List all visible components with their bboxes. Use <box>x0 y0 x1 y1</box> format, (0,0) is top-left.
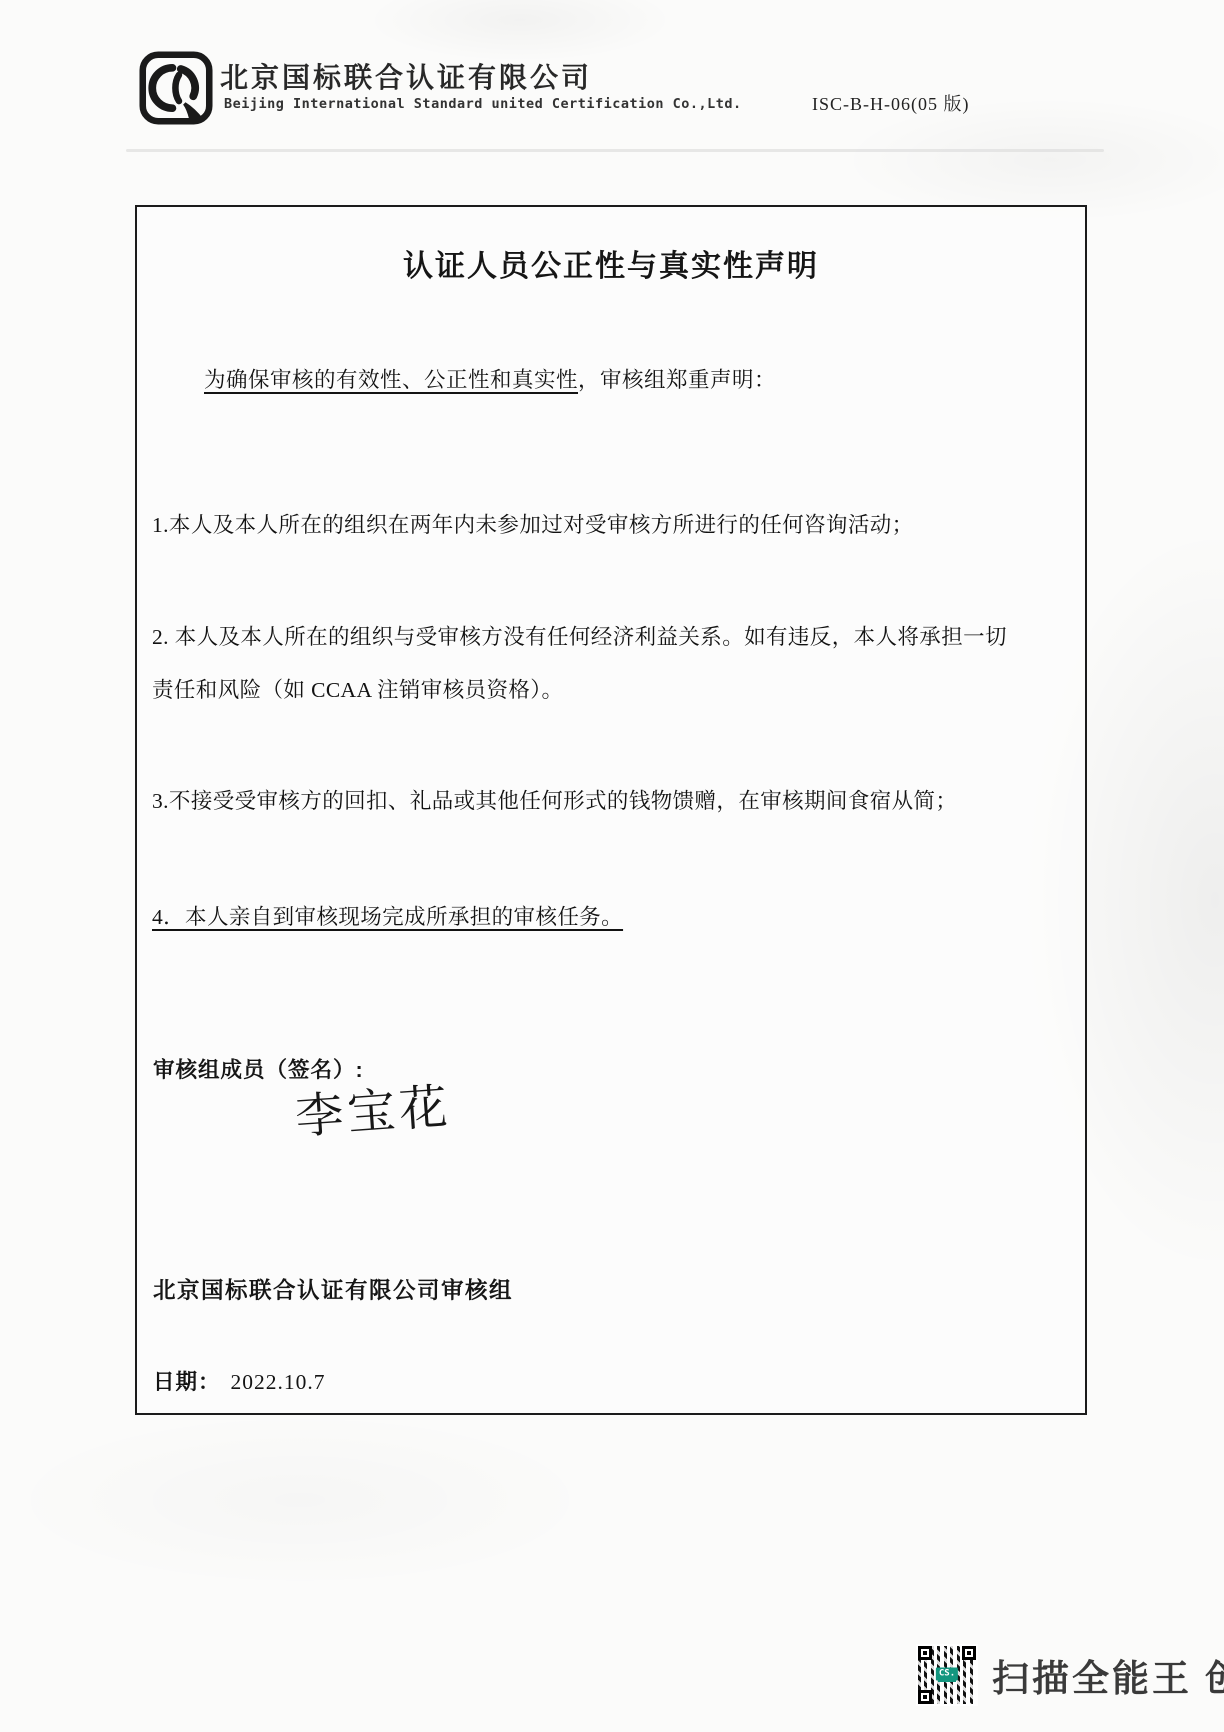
camscanner-watermark: CS. 扫描全能王 创建 <box>918 1646 1224 1704</box>
declaration-item-3: 3.不接受受审核方的回扣、礼品或其他任何形式的钱物馈赠，在审核期间食宿从简； <box>152 775 1010 828</box>
declaration-box: 认证人员公正性与真实性声明 为确保审核的有效性、公正性和真实性，审核组郑重声明：… <box>135 205 1087 1415</box>
qr-code-icon: CS. <box>918 1646 976 1704</box>
date-line: 日期：2022.10.7 <box>153 1365 326 1396</box>
qr-finder-topright-icon <box>962 1646 976 1660</box>
declaration-item-1: 1.本人及本人所在的组织在两年内未参加过对受审核方所进行的任何咨询活动； <box>152 499 1010 552</box>
date-value: 2022.10.7 <box>231 1370 326 1394</box>
camscanner-badge-underline <box>938 1679 956 1682</box>
company-name-english: Beijing International Standard united Ce… <box>224 96 742 112</box>
declaration-item-4-text: 4．本人亲自到审核现场完成所承担的审核任务。 <box>152 905 623 929</box>
company-name-chinese: 北京国标联合认证有限公司 <box>220 56 592 96</box>
declaration-intro: 为确保审核的有效性、公正性和真实性，审核组郑重声明： <box>161 363 1061 394</box>
camscanner-created-text: 扫描全能王 创建 <box>992 1648 1224 1702</box>
intro-rest-text: ，审核组郑重声明： <box>578 368 776 392</box>
date-label: 日期： <box>153 1370 221 1394</box>
company-logo <box>138 50 214 126</box>
declaration-item-4: 4．本人亲自到审核现场完成所承担的审核任务。 <box>152 891 1010 944</box>
intro-underlined-text: 为确保审核的有效性、公正性和真实性 <box>204 368 578 392</box>
audit-team-line: 北京国标联合认证有限公司审核组 <box>153 1273 513 1305</box>
handwritten-signature: 李宝花 <box>293 1068 453 1148</box>
declaration-item-2: 2. 本人及本人所在的组织与受审核方没有任何经济利益关系。如有违反，本人将承担一… <box>152 611 1010 717</box>
scanned-document-page: { "header": { "company_name_cn": "北京国标联合… <box>0 0 1224 1732</box>
header-divider <box>126 149 1104 152</box>
form-code: ISC-B-H-06(05 版) <box>812 90 970 116</box>
qr-finder-topleft-icon <box>918 1646 932 1660</box>
declaration-title: 认证人员公正性与真实性声明 <box>137 241 1085 285</box>
qr-finder-bottomleft-icon <box>918 1690 932 1704</box>
